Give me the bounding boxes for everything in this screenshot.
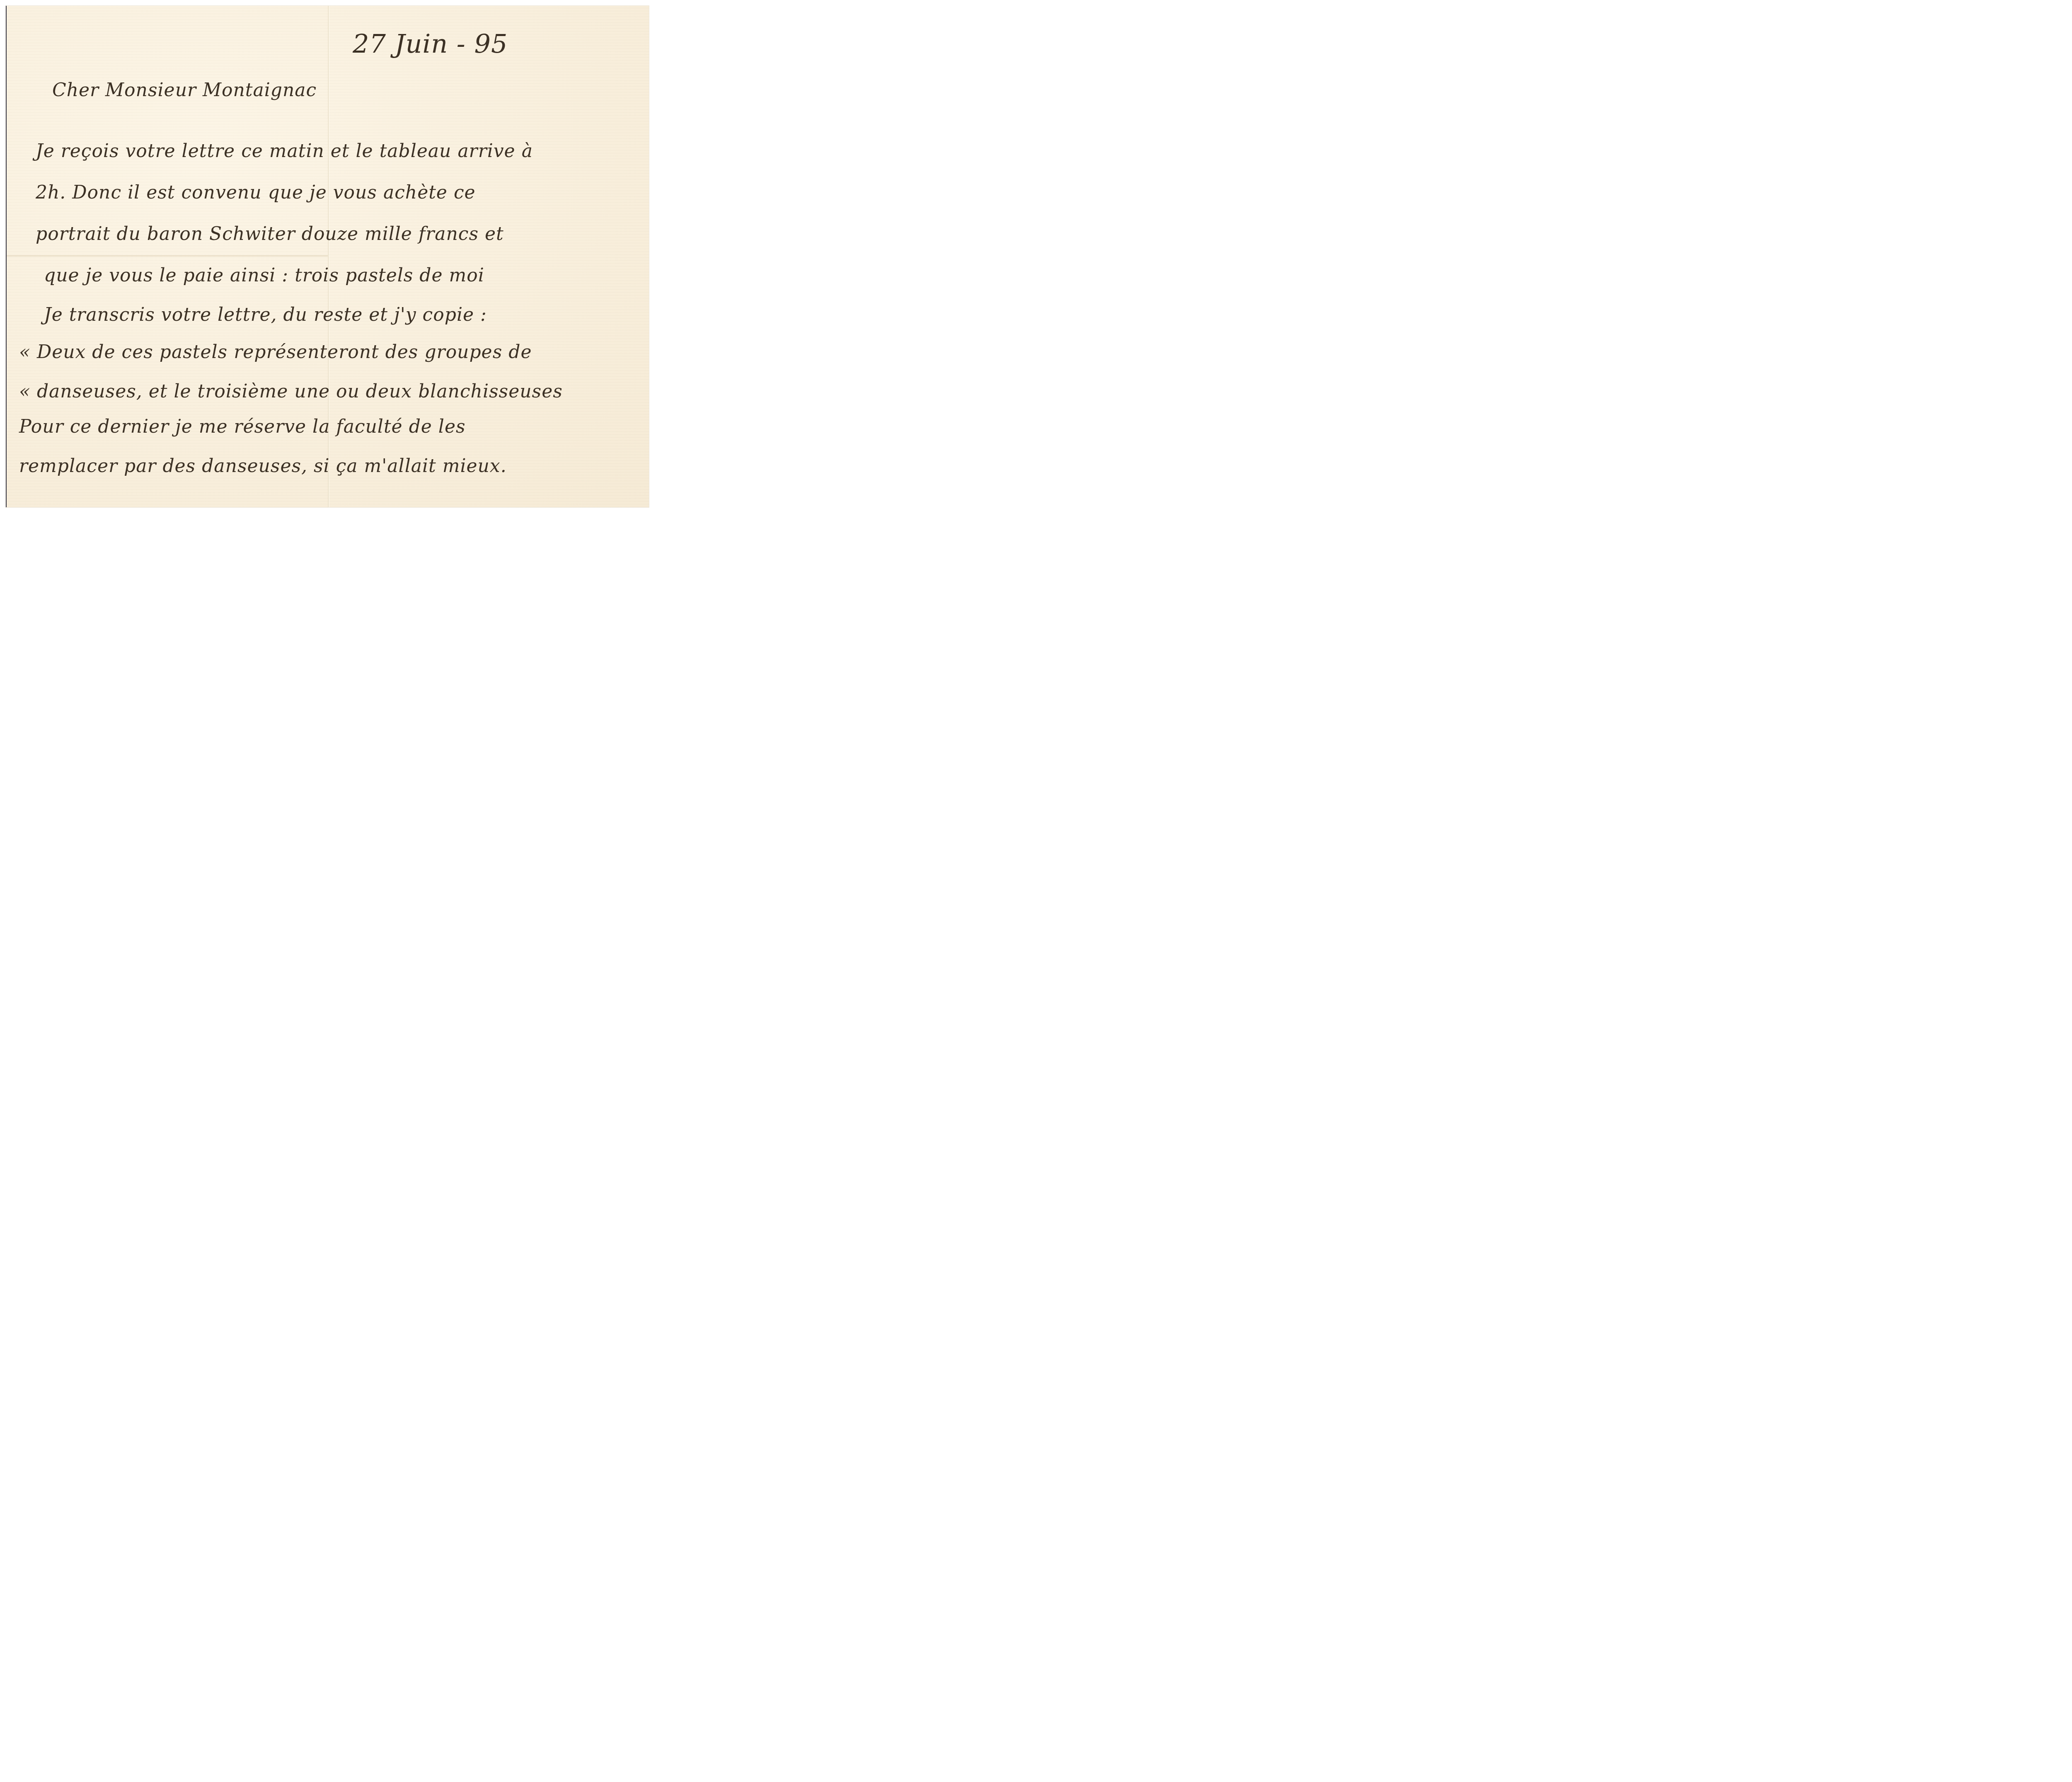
body-line-7: « danseuses, et le troisième une ou deux… (19, 381, 563, 402)
body-line-2: 2h. Donc il est convenu que je vous achè… (36, 182, 476, 203)
body-line-5: Je transcris votre lettre, du reste et j… (44, 304, 487, 325)
body-line-9: remplacer par des danseuses, si ça m'all… (19, 455, 507, 477)
body-line-1: Je reçois votre lettre ce matin et le ta… (36, 140, 533, 162)
letter-salutation: Cher Monsieur Montaignac (52, 80, 317, 101)
letter-sheet: (illegible pencil mark, top-left) 27 Jui… (6, 6, 649, 507)
letter-date: 27 Juin - 95 (353, 29, 508, 59)
body-line-8: Pour ce dernier je me réserve la faculté… (19, 416, 466, 437)
body-line-4: que je vous le paie ainsi : trois pastel… (44, 265, 484, 286)
horizontal-fold-crease (7, 255, 328, 257)
body-line-6: « Deux de ces pastels représenteront des… (19, 341, 532, 363)
body-line-3: portrait du baron Schwiter douze mille f… (36, 223, 504, 245)
